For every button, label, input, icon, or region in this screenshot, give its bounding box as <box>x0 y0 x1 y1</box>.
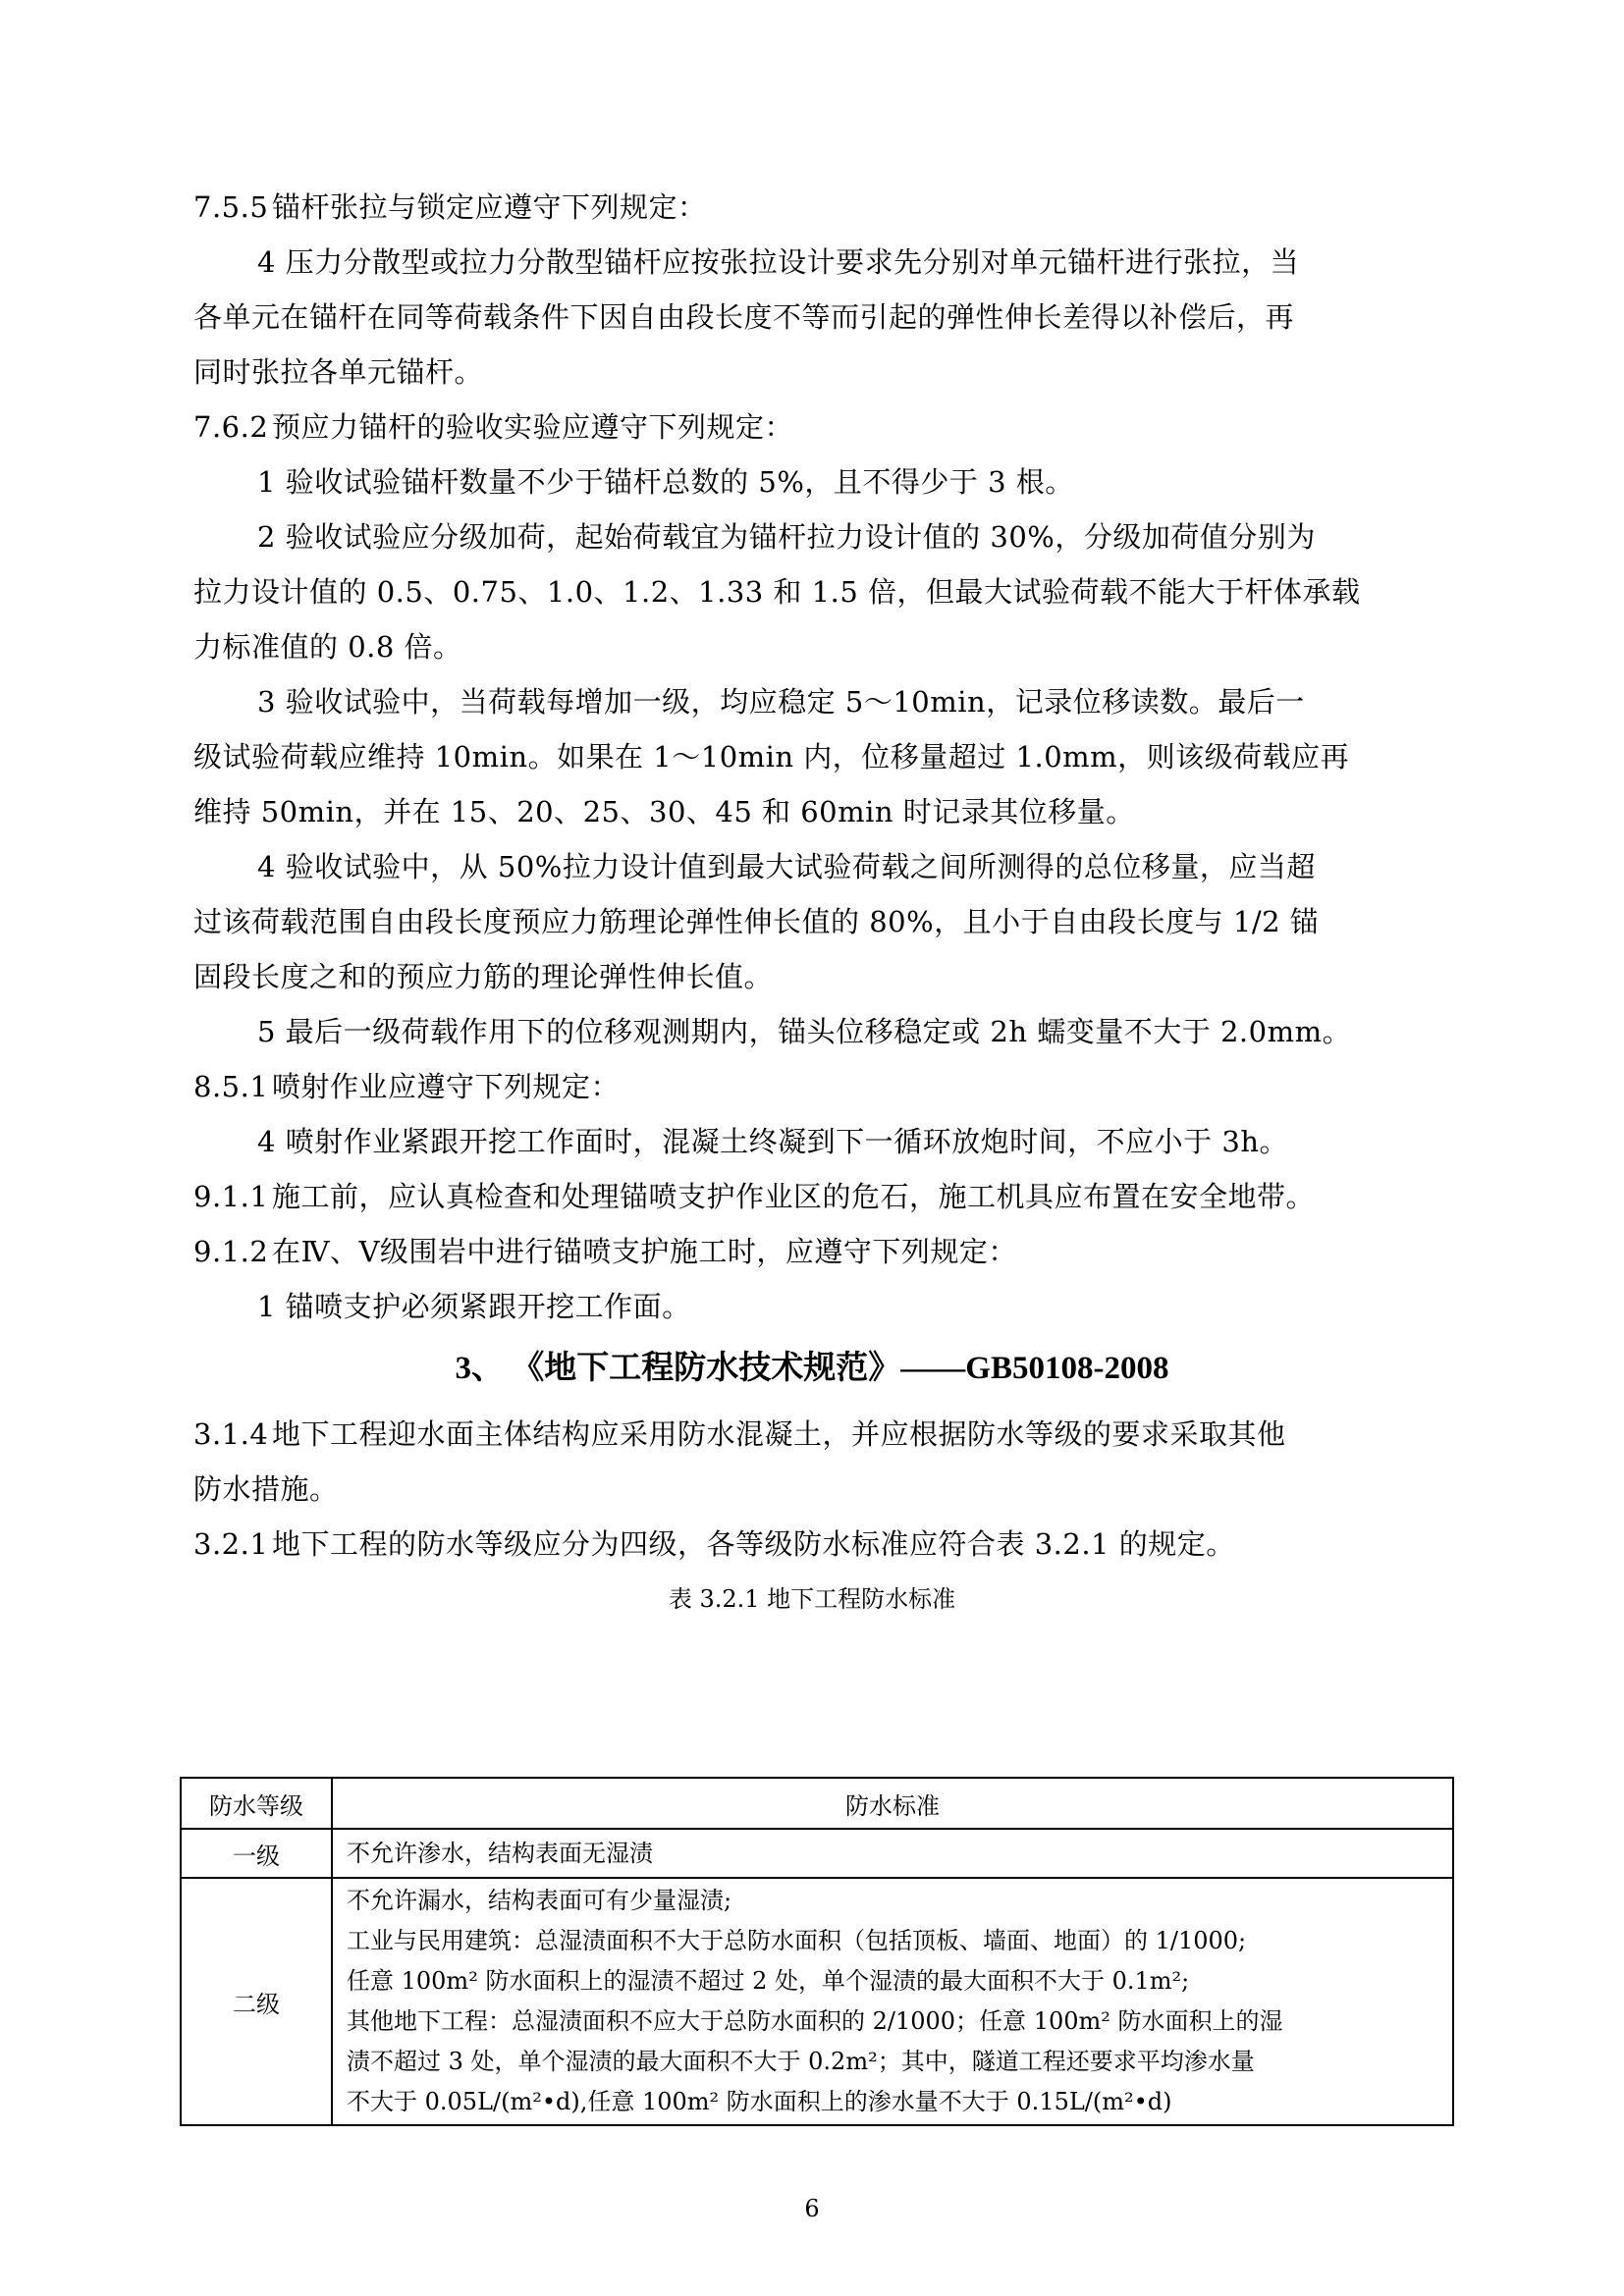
item-text: 各单元在锚杆在同等荷载条件下因自由段长度不等而引起的弹性伸长差得以补偿后，再 <box>193 299 1294 335</box>
standard-cell: 不允许渗水，结构表面无湿渍 <box>332 1829 1453 1878</box>
standard-line: 渍不超过 3 处，单个湿渍的最大面积不大于 0.2m²；其中，隧道工程还要求平均… <box>347 2042 1438 2082</box>
item-text: 2 验收试验应分级加荷，起始荷载宜为锚杆拉力设计值的 30%，分级加荷值分别为 <box>257 519 1316 555</box>
standard-line: 工业与民用建筑：总湿渍面积不大于总防水面积（包括顶板、墙面、地面）的 1/100… <box>347 1921 1438 1961</box>
clause-text: 施工前，应认真检查和处理锚喷支护作业区的危石，施工机具应布置在安全地带。 <box>272 1180 1315 1213</box>
clause-number: 9.1.1 <box>193 1179 272 1214</box>
clause-8-5-1: 8.5.1喷射作业应遵守下列规定： <box>193 1069 620 1104</box>
table-row: 二级 不允许漏水，结构表面可有少量湿渍; 工业与民用建筑：总湿渍面积不大于总防水… <box>181 1878 1453 2125</box>
clause-7-5-5: 7.5.5锚杆张拉与锁定应遵守下列规定： <box>193 189 707 225</box>
standard-line: 不允许漏水，结构表面可有少量湿渍; <box>347 1881 1438 1921</box>
header-level: 防水等级 <box>181 1778 332 1829</box>
item-text: 维持 50min，并在 15、20、25、30、45 和 60min 时记录其位… <box>193 794 1135 829</box>
clause-number: 3.2.1 <box>193 1526 272 1562</box>
standard-cell: 不允许漏水，结构表面可有少量湿渍; 工业与民用建筑：总湿渍面积不大于总防水面积（… <box>332 1878 1453 2125</box>
document-page: 7.5.5锚杆张拉与锁定应遵守下列规定： 4 压力分散型或拉力分散型锚杆应按张拉… <box>0 0 1624 2296</box>
clause-3-1-4: 3.1.4地下工程迎水面主体结构应采用防水混凝土，并应根据防水等级的要求采取其他 <box>193 1416 1286 1452</box>
table-row: 一级 不允许渗水，结构表面无湿渍 <box>181 1829 1453 1878</box>
clause-text: 预应力锚杆的验收实验应遵守下列规定： <box>272 410 793 444</box>
item-text: 4 喷射作业紧跟开挖工作面时，混凝土终凝到下一循环放炮时间，不应小于 3h。 <box>257 1124 1288 1159</box>
table-header-row: 防水等级 防水标准 <box>181 1778 1453 1829</box>
standard-line: 不允许渗水，结构表面无湿渍 <box>347 1834 1438 1874</box>
item-text: 同时张拉各单元锚杆。 <box>193 354 483 390</box>
clause-text: 喷射作业应遵守下列规定： <box>272 1070 620 1103</box>
item-text: 防水措施。 <box>193 1471 339 1507</box>
item-text: 4 验收试验中，从 50%拉力设计值到最大试验荷载之间所测得的总位移量，应当超 <box>257 849 1316 884</box>
item-text: 1 锚喷支护必须紧跟开挖工作面。 <box>257 1289 691 1324</box>
item-text: 拉力设计值的 0.5、0.75、1.0、1.2、1.33 和 1.5 倍，但最大… <box>193 574 1361 610</box>
clause-text: 地下工程的防水等级应分为四级，各等级防水标准应符合表 3.2.1 的规定。 <box>272 1527 1235 1561</box>
standard-line: 不大于 0.05L/(m²•d),任意 100m² 防水面积上的渗水量不大于 0… <box>347 2082 1438 2122</box>
clause-text: 地下工程迎水面主体结构应采用防水混凝土，并应根据防水等级的要求采取其他 <box>272 1417 1286 1451</box>
table-caption: 表 3.2.1 地下工程防水标准 <box>0 1584 1624 1614</box>
standard-line: 任意 100m² 防水面积上的湿渍不超过 2 处，单个湿渍的最大面积不大于 0.… <box>347 1961 1438 2002</box>
clause-9-1-2: 9.1.2在Ⅳ、Ⅴ级围岩中进行锚喷支护施工时，应遵守下列规定： <box>193 1234 1017 1269</box>
clause-number: 8.5.1 <box>193 1069 272 1104</box>
page-number: 6 <box>0 2195 1624 2222</box>
clause-number: 3.1.4 <box>193 1416 272 1452</box>
section-heading: 3、 《地下工程防水技术规范》——GB50108-2008 <box>0 1349 1624 1388</box>
item-text: 3 验收试验中，当荷载每增加一级，均应稳定 5～10min，记录位移读数。最后一 <box>257 684 1305 720</box>
clause-text: 在Ⅳ、Ⅴ级围岩中进行锚喷支护施工时，应遵守下列规定： <box>272 1235 1017 1268</box>
clause-number: 7.5.5 <box>193 189 272 225</box>
clause-number: 7.6.2 <box>193 409 272 445</box>
clause-7-6-2: 7.6.2预应力锚杆的验收实验应遵守下列规定： <box>193 409 793 445</box>
standard-line: 其他地下工程：总湿渍面积不应大于总防水面积的 2/1000；任意 100m² 防… <box>347 2002 1438 2042</box>
item-text: 级试验荷载应维持 10min。如果在 1～10min 内，位移量超过 1.0mm… <box>193 739 1349 774</box>
clause-text: 锚杆张拉与锁定应遵守下列规定： <box>272 190 707 224</box>
level-cell: 二级 <box>181 1878 332 2125</box>
clause-9-1-1: 9.1.1施工前，应认真检查和处理锚喷支护作业区的危石，施工机具应布置在安全地带… <box>193 1179 1315 1214</box>
clause-number: 9.1.2 <box>193 1234 272 1269</box>
item-text: 5 最后一级荷载作用下的位移观测期内，锚头位移稳定或 2h 蠕变量不大于 2.0… <box>257 1014 1351 1049</box>
waterproof-standard-table: 防水等级 防水标准 一级 不允许渗水，结构表面无湿渍 二级 不允许漏水，结构表面… <box>180 1777 1454 2126</box>
clause-3-2-1: 3.2.1地下工程的防水等级应分为四级，各等级防水标准应符合表 3.2.1 的规… <box>193 1526 1235 1562</box>
item-text: 1 验收试验锚杆数量不少于锚杆总数的 5%，且不得少于 3 根。 <box>257 464 1074 500</box>
level-cell: 一级 <box>181 1829 332 1878</box>
item-text: 过该荷载范围自由段长度预应力筋理论弹性伸长值的 80%，且小于自由段长度与 1/… <box>193 904 1319 939</box>
header-standard: 防水标准 <box>332 1778 1453 1829</box>
item-text: 4 压力分散型或拉力分散型锚杆应按张拉设计要求先分别对单元锚杆进行张拉，当 <box>257 244 1299 280</box>
item-text: 力标准值的 0.8 倍。 <box>193 629 462 665</box>
item-text: 固段长度之和的预应力筋的理论弹性伸长值。 <box>193 959 773 994</box>
